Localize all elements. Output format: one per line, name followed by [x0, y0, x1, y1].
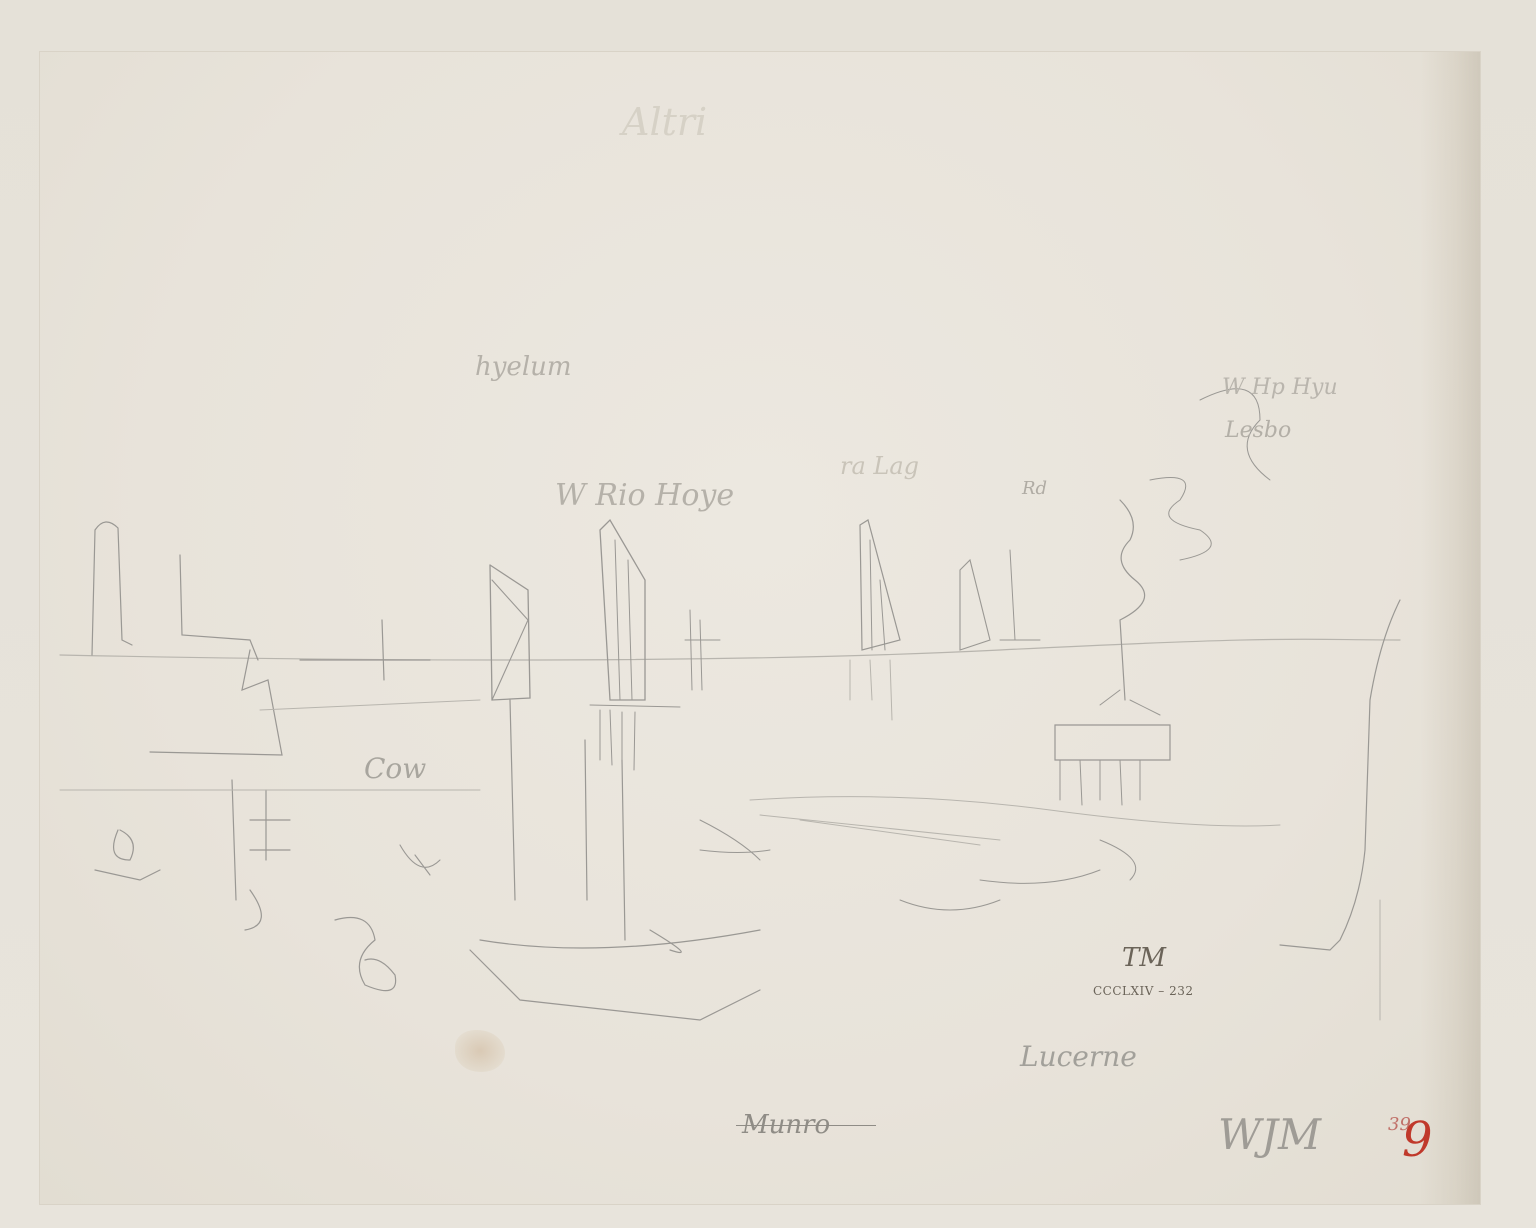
small-note: Rd	[1022, 478, 1047, 499]
location-inscription: Lucerne	[1020, 1040, 1137, 1073]
right-note-1: W Hp Hyu	[1222, 375, 1338, 400]
upper-note: hyelum	[475, 352, 572, 382]
inventory-number: CCCLXIV – 232	[1093, 984, 1194, 998]
sky-note-1: W Rio Hoye	[555, 478, 734, 513]
top-inscription: Altri	[622, 100, 707, 144]
collection-stamp-monogram: TM	[1122, 940, 1158, 976]
pencil-sketch	[0, 0, 1536, 1228]
right-note-2: Lesbo	[1225, 418, 1291, 443]
foreground-note: Cow	[364, 752, 426, 785]
water-stain	[455, 1030, 505, 1072]
page-number-red: 9	[1402, 1112, 1433, 1168]
collector-underline	[736, 1125, 876, 1126]
sky-note-2: ra Lag	[840, 452, 919, 480]
signature: WJM	[1218, 1110, 1321, 1159]
